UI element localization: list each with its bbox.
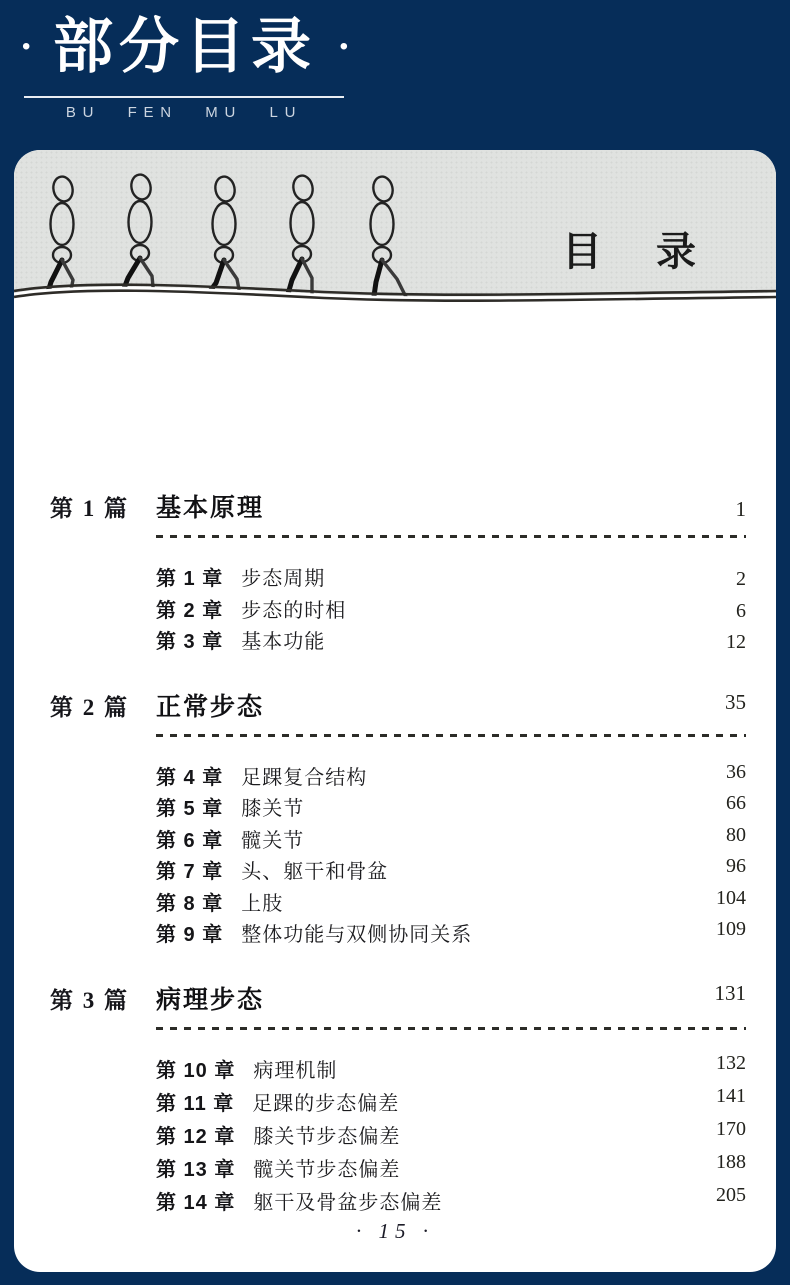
chapter-page-number: 2 (736, 568, 746, 591)
chapter-title: 步态的时相 (241, 594, 718, 623)
part-page-number: 1 (736, 497, 747, 522)
chapter-page-number: 170 (716, 1118, 746, 1141)
banner-underline (24, 96, 344, 98)
chapter-page-number: 104 (716, 887, 746, 910)
chapter-title: 整体功能与双侧协同关系 (241, 918, 698, 947)
chapter-label: 第 2 章 (156, 594, 223, 623)
chapter-title: 髋关节步态偏差 (253, 1153, 698, 1182)
chapter-label: 第 7 章 (156, 855, 223, 884)
chapter-title: 基本功能 (241, 625, 708, 654)
chapter-page-number: 188 (716, 1151, 746, 1174)
chapter-row: 第 4 章足踝复合结构36 (156, 761, 746, 793)
chapter-row: 第 12 章膝关节步态偏差170 (156, 1120, 746, 1153)
chapter-row: 第 7 章头、躯干和骨盆96 (156, 855, 746, 887)
chapter-list: 第 1 章步态周期2第 2 章步态的时相6第 3 章基本功能12 (156, 562, 746, 657)
chapter-list: 第 10 章病理机制132第 11 章足踝的步态偏差141第 12 章膝关节步态… (156, 1054, 746, 1219)
chapter-label: 第 5 章 (156, 792, 223, 821)
chapter-row: 第 1 章步态周期2 (156, 562, 746, 594)
toc-part: 第 1 篇基本原理1第 1 章步态周期2第 2 章步态的时相6第 3 章基本功能… (50, 488, 746, 657)
part-heading: 第 2 篇正常步态35 (50, 687, 746, 723)
banner: • 部分目录 • BU FEN MU LU (0, 0, 790, 150)
part-heading: 第 3 篇病理步态131 (50, 980, 746, 1016)
chapter-title: 步态周期 (241, 562, 718, 591)
dashed-divider (156, 734, 746, 737)
chapter-page-number: 66 (726, 792, 746, 815)
chapter-label: 第 13 章 (156, 1153, 235, 1182)
chapter-label: 第 1 章 (156, 562, 223, 591)
part-label: 第 2 篇 (50, 689, 156, 722)
chapter-row: 第 2 章步态的时相6 (156, 594, 746, 626)
chapter-page-number: 205 (716, 1184, 746, 1207)
chapter-title: 髋关节 (241, 824, 708, 853)
part-title: 正常步态 (156, 687, 725, 723)
toc-list: 第 1 篇基本原理1第 1 章步态周期2第 2 章步态的时相6第 3 章基本功能… (14, 488, 776, 1219)
banner-pinyin: BU FEN MU LU (24, 104, 344, 121)
chapter-title: 膝关节 (241, 792, 708, 821)
part-page-number: 131 (715, 981, 747, 1006)
part-label: 第 3 篇 (50, 982, 156, 1015)
chapter-page-number: 12 (726, 631, 746, 654)
chapter-label: 第 12 章 (156, 1120, 235, 1149)
chapter-label: 第 14 章 (156, 1186, 235, 1215)
chapter-label: 第 10 章 (156, 1054, 235, 1083)
page-header-band: 目录 (14, 150, 776, 310)
chapter-row: 第 6 章髋关节80 (156, 824, 746, 856)
book-page-scan: 目录 第 1 篇基本原理1第 1 章步态周期2第 2 章步态的时相6第 3 章基… (14, 150, 776, 1272)
chapter-row: 第 13 章髋关节步态偏差188 (156, 1153, 746, 1186)
chapter-page-number: 96 (726, 855, 746, 878)
chapter-label: 第 4 章 (156, 761, 223, 790)
chapter-label: 第 9 章 (156, 918, 223, 947)
banner-title: 部分目录 (53, 8, 317, 86)
banner-right-dot-icon: • (340, 35, 348, 59)
chapter-title: 躯干及骨盆步态偏差 (253, 1186, 698, 1215)
chapter-title: 上肢 (241, 887, 698, 916)
chapter-row: 第 14 章躯干及骨盆步态偏差205 (156, 1186, 746, 1219)
toc-part: 第 3 篇病理步态131第 10 章病理机制132第 11 章足踝的步态偏差14… (50, 980, 746, 1219)
chapter-row: 第 11 章足踝的步态偏差141 (156, 1087, 746, 1120)
banner-left-dot-icon: • (22, 35, 30, 59)
chapter-row: 第 3 章基本功能12 (156, 625, 746, 657)
chapter-row: 第 8 章上肢104 (156, 887, 746, 919)
chapter-row: 第 5 章膝关节66 (156, 792, 746, 824)
dashed-divider (156, 535, 746, 538)
chapter-title: 头、躯干和骨盆 (241, 855, 708, 884)
toc-part: 第 2 篇正常步态35第 4 章足踝复合结构36第 5 章膝关节66第 6 章髋… (50, 687, 746, 950)
banner-title-row: • 部分目录 • (22, 8, 348, 86)
part-heading: 第 1 篇基本原理1 (50, 488, 746, 524)
part-label: 第 1 篇 (50, 490, 156, 523)
dashed-divider (156, 1027, 746, 1030)
chapter-page-number: 132 (716, 1052, 746, 1075)
chapter-label: 第 8 章 (156, 887, 223, 916)
part-page-number: 35 (725, 690, 746, 715)
chapter-page-number: 6 (736, 600, 746, 623)
chapter-page-number: 80 (726, 824, 746, 847)
chapter-page-number: 109 (716, 918, 746, 941)
chapter-row: 第 10 章病理机制132 (156, 1054, 746, 1087)
page-title-mulu: 目录 (562, 220, 750, 277)
footer-page-number: · 15 · (14, 1219, 776, 1244)
chapter-title: 足踝复合结构 (241, 761, 708, 790)
chapter-title: 病理机制 (253, 1054, 698, 1083)
chapter-list: 第 4 章足踝复合结构36第 5 章膝关节66第 6 章髋关节80第 7 章头、… (156, 761, 746, 950)
chapter-label: 第 11 章 (156, 1087, 234, 1116)
chapter-label: 第 6 章 (156, 824, 223, 853)
chapter-label: 第 3 章 (156, 625, 223, 654)
part-title: 基本原理 (156, 488, 736, 524)
chapter-title: 膝关节步态偏差 (253, 1120, 698, 1149)
part-title: 病理步态 (156, 980, 715, 1016)
chapter-page-number: 36 (726, 761, 746, 784)
chapter-title: 足踝的步态偏差 (252, 1087, 698, 1116)
chapter-row: 第 9 章整体功能与双侧协同关系109 (156, 918, 746, 950)
chapter-page-number: 141 (716, 1085, 746, 1108)
